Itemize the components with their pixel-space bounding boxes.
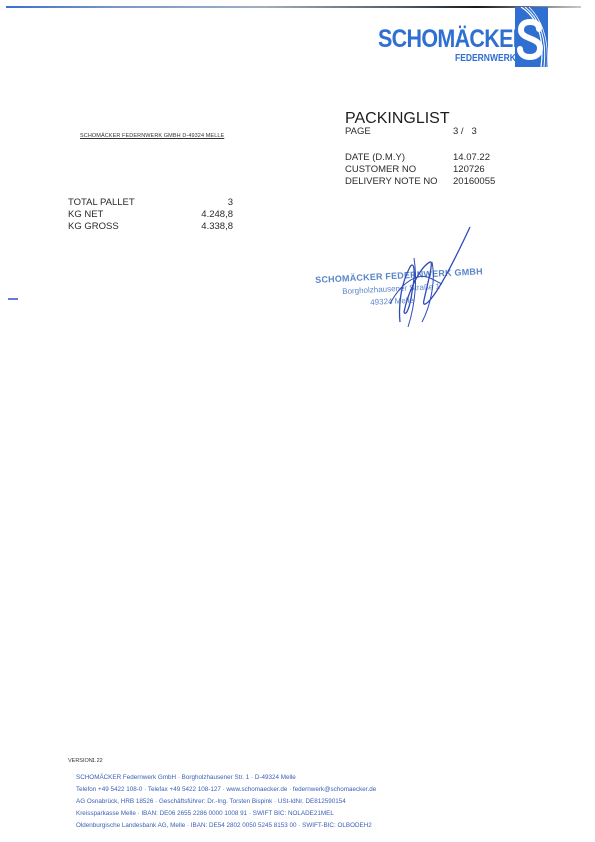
- kg-net-value: 4.248,8: [201, 209, 233, 220]
- footer-line-bank-2: Oldenburgische Landesbank AG, Melle · IB…: [76, 822, 372, 829]
- field-value-customer-no: 120726: [453, 164, 485, 175]
- footer-line-contact: Telefon +49 5422 108-0 · Telefax +49 542…: [76, 786, 376, 793]
- company-logo-name: SCHOMÄCKER: [378, 27, 528, 52]
- field-value-date: 14.07.22: [453, 152, 490, 163]
- field-value-delivery-note-no: 20160055: [453, 176, 495, 187]
- field-label-delivery-note-no: DELIVERY NOTE NO: [345, 176, 438, 187]
- fold-mark: [8, 298, 18, 300]
- footer-line-registry: AG Osnabrück, HRB 18526 · Geschäftsführe…: [76, 798, 346, 805]
- field-value-page: 3 / 3: [453, 126, 477, 137]
- handwritten-signature: [370, 222, 480, 337]
- sender-address-line: SCHOMÄCKER FEDERNWERK GMBH D-49324 MELLE: [80, 133, 224, 139]
- field-label-customer-no: CUSTOMER NO: [345, 164, 416, 175]
- top-scan-rule: [6, 6, 581, 8]
- company-logo-mark-icon: [515, 7, 548, 67]
- field-label-page: PAGE: [345, 126, 371, 137]
- kg-gross-value: 4.338,8: [201, 221, 233, 232]
- kg-gross-label: KG GROSS: [68, 221, 119, 232]
- version-value: 1.22: [92, 758, 103, 764]
- footer-line-bank-1: Kreissparkasse Melle · IBAN: DE06 2655 2…: [76, 810, 334, 817]
- total-pallet-value: 3: [228, 197, 233, 208]
- company-logo-subname: FEDERNWERK: [455, 54, 516, 64]
- field-label-date: DATE (D.M.Y): [345, 152, 405, 163]
- total-pallet-label: TOTAL PALLET: [68, 197, 135, 208]
- version-label: VERSION: [68, 758, 93, 764]
- kg-net-label: KG NET: [68, 209, 103, 220]
- footer-line-company: SCHOMÄCKER Federnwerk GmbH · Borgholzhau…: [76, 774, 296, 781]
